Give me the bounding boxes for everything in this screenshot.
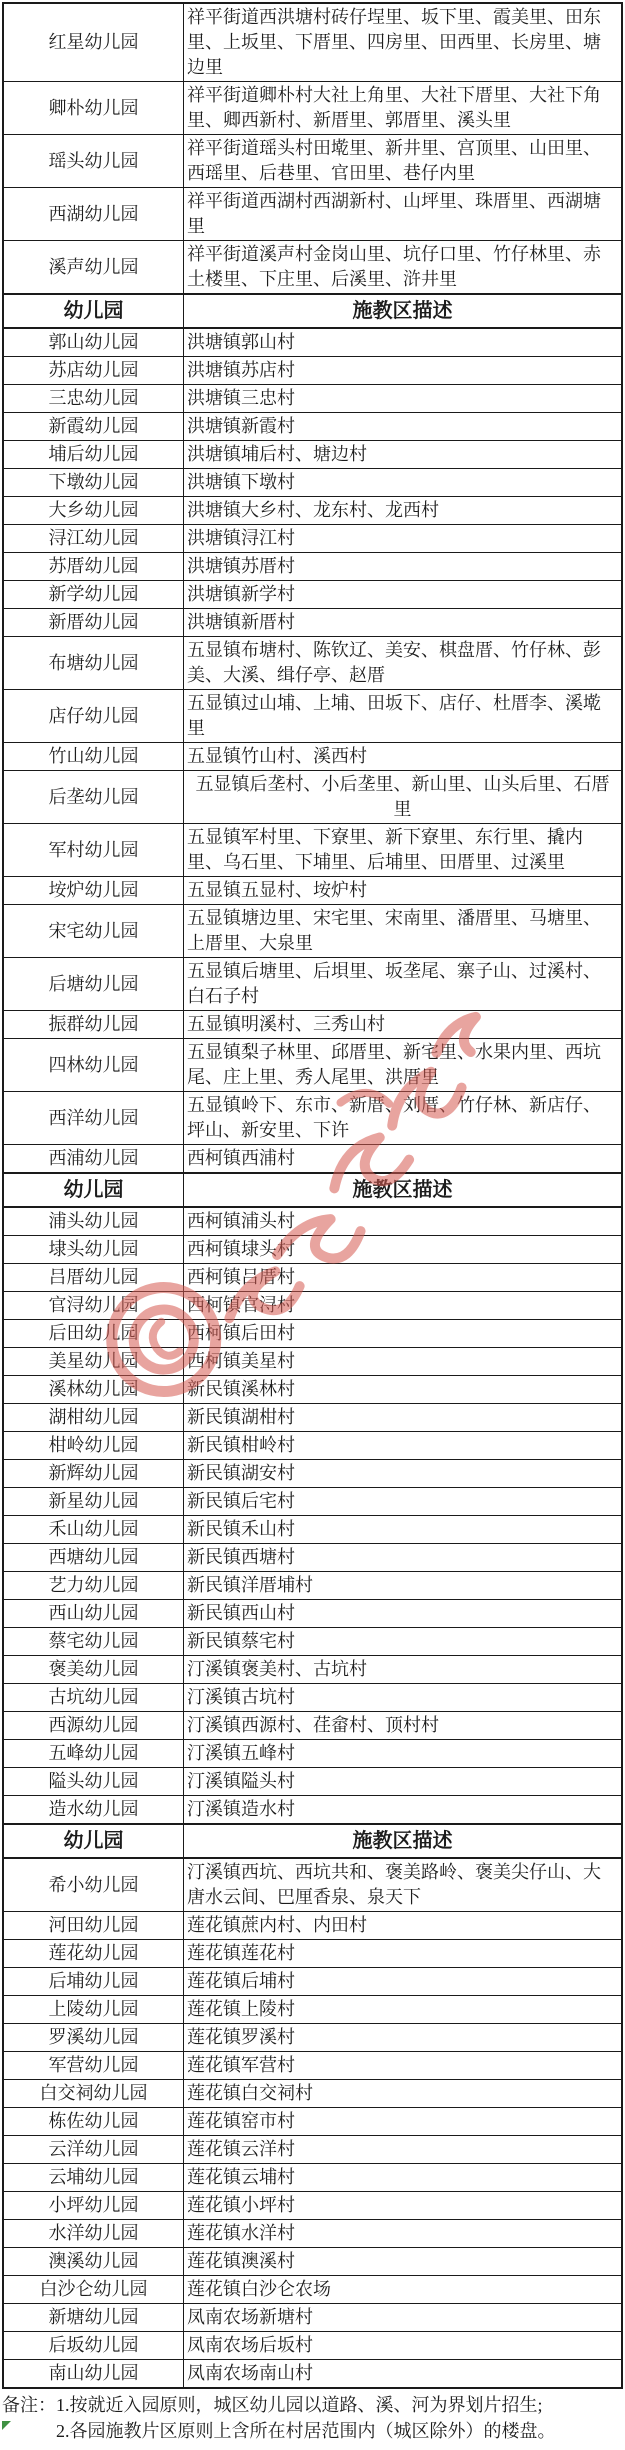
kindergarten-name: 西洋幼儿园 <box>4 1092 184 1144</box>
kindergarten-name: 溪声幼儿园 <box>4 241 184 293</box>
table-row: 红星幼儿园祥平街道西洪塘村砖仔埕里、坂下里、霞美里、田东里、上坂里、下厝里、四房… <box>4 4 621 81</box>
kindergarten-name: 郭山幼儿园 <box>4 329 184 356</box>
kindergarten-name: 振群幼儿园 <box>4 1011 184 1038</box>
district-description: 五显镇后垄村、小后垄里、新山里、山头后里、石厝里 <box>184 771 621 823</box>
header-district-col: 施教区描述 <box>184 295 621 327</box>
table-row: 造水幼儿园汀溪镇造水村 <box>4 1795 621 1823</box>
district-description: 新民镇禾山村 <box>184 1516 621 1543</box>
district-description: 凤南农场后坂村 <box>184 2332 621 2359</box>
kindergarten-name: 布塘幼儿园 <box>4 637 184 689</box>
table-row: 军营幼儿园莲花镇军营村 <box>4 2051 621 2079</box>
kindergarten-name: 苏厝幼儿园 <box>4 553 184 580</box>
kindergarten-name: 店仔幼儿园 <box>4 690 184 742</box>
table-row: 郭山幼儿园洪塘镇郭山村 <box>4 328 621 356</box>
district-description: 西柯镇埭头村 <box>184 1236 621 1263</box>
table-row: 湖柑幼儿园新民镇湖柑村 <box>4 1403 621 1431</box>
table-row: 西源幼儿园汀溪镇西源村、荏畲村、顶村村 <box>4 1711 621 1739</box>
kindergarten-name: 栋佐幼儿园 <box>4 2108 184 2135</box>
table-row: 卿朴幼儿园祥平街道卿朴村大社上角里、大社下厝里、大社下角里、卿西新村、新厝里、郭… <box>4 81 621 134</box>
kindergarten-name: 苏店幼儿园 <box>4 357 184 384</box>
district-description: 莲花镇蔗内村、内田村 <box>184 1912 621 1939</box>
header-kindergarten-col: 幼儿园 <box>4 295 184 327</box>
kindergarten-name: 后坂幼儿园 <box>4 2332 184 2359</box>
table-row: 小坪幼儿园莲花镇小坪村 <box>4 2191 621 2219</box>
table-row: 新星幼儿园新民镇后宅村 <box>4 1487 621 1515</box>
district-description: 莲花镇小坪村 <box>184 2192 621 2219</box>
table-row: 四林幼儿园五显镇梨子林里、邱厝里、新宅里、水果内里、西坑尾、庄上里、秀人尾里、洪… <box>4 1038 621 1091</box>
district-description: 洪塘镇下墩村 <box>184 469 621 496</box>
table-row: 后塘幼儿园五显镇后塘里、后垻里、坂垄尾、寨子山、过溪村、白石子村 <box>4 957 621 1010</box>
kindergarten-name: 白沙仑幼儿园 <box>4 2276 184 2303</box>
district-description: 汀溪镇五峰村 <box>184 1740 621 1767</box>
district-description: 莲花镇军营村 <box>184 2052 621 2079</box>
kindergarten-name: 上陵幼儿园 <box>4 1996 184 2023</box>
note-line-2: 2.各园施教片区原则上含所在村居范围内（城区除外）的楼盘。 <box>56 2418 621 2444</box>
district-description: 洪塘镇三忠村 <box>184 385 621 412</box>
notes-label: 备注： <box>2 2392 56 2418</box>
kindergarten-name: 竹山幼儿园 <box>4 743 184 770</box>
table-row: 新霞幼儿园洪塘镇新霞村 <box>4 412 621 440</box>
kindergarten-name: 澳溪幼儿园 <box>4 2248 184 2275</box>
kindergarten-name: 湖柑幼儿园 <box>4 1404 184 1431</box>
district-description: 汀溪镇造水村 <box>184 1796 621 1823</box>
kindergarten-name: 西塘幼儿园 <box>4 1544 184 1571</box>
table-row: 古坑幼儿园汀溪镇古坑村 <box>4 1683 621 1711</box>
kindergarten-name: 垵炉幼儿园 <box>4 877 184 904</box>
kindergarten-name: 大乡幼儿园 <box>4 497 184 524</box>
table-row: 西山幼儿园新民镇西山村 <box>4 1599 621 1627</box>
table-row: 新厝幼儿园洪塘镇新厝村 <box>4 608 621 636</box>
district-description: 洪塘镇苏店村 <box>184 357 621 384</box>
district-description: 西柯镇官浔村 <box>184 1292 621 1319</box>
kindergarten-name: 美星幼儿园 <box>4 1348 184 1375</box>
table-row: 隘头幼儿园汀溪镇隘头村 <box>4 1767 621 1795</box>
table-row: 澳溪幼儿园莲花镇澳溪村 <box>4 2247 621 2275</box>
schedule-table: 红星幼儿园祥平街道西洪塘村砖仔埕里、坂下里、霞美里、田东里、上坂里、下厝里、四房… <box>2 2 623 2389</box>
table-row: 西浦幼儿园西柯镇西浦村 <box>4 1144 621 1172</box>
kindergarten-name: 新厝幼儿园 <box>4 609 184 636</box>
table-row: 瑶头幼儿园祥平街道瑶头村田墘里、新井里、宫顶里、山田里、西瑶里、后巷里、官田里、… <box>4 134 621 187</box>
kindergarten-name: 埔后幼儿园 <box>4 441 184 468</box>
kindergarten-name: 后埔幼儿园 <box>4 1968 184 1995</box>
district-description: 汀溪镇褒美村、古坑村 <box>184 1656 621 1683</box>
kindergarten-name: 浦头幼儿园 <box>4 1208 184 1235</box>
district-description: 五显镇塘边里、宋宅里、宋南里、潘厝里、马塘里、上厝里、大泉里 <box>184 905 621 957</box>
district-description: 五显镇过山埔、上埔、田坂下、店仔、杜厝李、溪墘里 <box>184 690 621 742</box>
kindergarten-name: 南山幼儿园 <box>4 2360 184 2387</box>
district-description: 五显镇后塘里、后垻里、坂垄尾、寨子山、过溪村、白石子村 <box>184 958 621 1010</box>
table-row: 水洋幼儿园莲花镇水洋村 <box>4 2219 621 2247</box>
district-description: 新民镇西山村 <box>184 1600 621 1627</box>
district-description: 新民镇后宅村 <box>184 1488 621 1515</box>
table-row: 竹山幼儿园五显镇竹山村、溪西村 <box>4 742 621 770</box>
kindergarten-name: 军营幼儿园 <box>4 2052 184 2079</box>
district-description: 洪塘镇新学村 <box>184 581 621 608</box>
district-description: 莲花镇云洋村 <box>184 2136 621 2163</box>
header-kindergarten-col: 幼儿园 <box>4 1825 184 1857</box>
district-description: 莲花镇水洋村 <box>184 2220 621 2247</box>
table-row: 五峰幼儿园汀溪镇五峰村 <box>4 1739 621 1767</box>
table-header-row: 幼儿园施教区描述 <box>4 293 621 328</box>
district-description: 新民镇溪林村 <box>184 1376 621 1403</box>
district-description: 新民镇湖安村 <box>184 1460 621 1487</box>
table-row: 美星幼儿园西柯镇美星村 <box>4 1347 621 1375</box>
notes: 备注： 1.按就近入园原则，城区幼儿园以道路、溪、河为界划片招生; 2.各园施教… <box>2 2389 623 2450</box>
district-description: 新民镇洋厝埔村 <box>184 1572 621 1599</box>
table-row: 白沙仑幼儿园莲花镇白沙仑农场 <box>4 2275 621 2303</box>
table-row: 官浔幼儿园西柯镇官浔村 <box>4 1291 621 1319</box>
table-row: 新塘幼儿园凤南农场新塘村 <box>4 2303 621 2331</box>
district-description: 洪塘镇苏厝村 <box>184 553 621 580</box>
comment-marker-icon <box>2 2421 11 2430</box>
table-row: 垵炉幼儿园五显镇五显村、垵炉村 <box>4 876 621 904</box>
kindergarten-name: 新学幼儿园 <box>4 581 184 608</box>
district-description: 祥平街道溪声村金岗山里、坑仔口里、竹仔林里、赤土楼里、下庄里、后溪里、浒井里 <box>184 241 621 293</box>
table-row: 后坂幼儿园凤南农场后坂村 <box>4 2331 621 2359</box>
kindergarten-name: 白交祠幼儿园 <box>4 2080 184 2107</box>
kindergarten-name: 五峰幼儿园 <box>4 1740 184 1767</box>
district-description: 洪塘镇埔后村、塘边村 <box>184 441 621 468</box>
table-row: 下墩幼儿园洪塘镇下墩村 <box>4 468 621 496</box>
kindergarten-name: 河田幼儿园 <box>4 1912 184 1939</box>
kindergarten-name: 埭头幼儿园 <box>4 1236 184 1263</box>
table-row: 后埔幼儿园莲花镇后埔村 <box>4 1967 621 1995</box>
table-row: 后田幼儿园西柯镇后田村 <box>4 1319 621 1347</box>
district-description: 祥平街道卿朴村大社上角里、大社下厝里、大社下角里、卿西新村、新厝里、郭厝里、溪头… <box>184 82 621 134</box>
table-row: 溪林幼儿园新民镇溪林村 <box>4 1375 621 1403</box>
table-row: 布塘幼儿园五显镇布塘村、陈钦辽、美安、棋盘厝、竹仔林、彭美、大溪、缉仔亭、赵厝 <box>4 636 621 689</box>
district-description: 洪塘镇浔江村 <box>184 525 621 552</box>
kindergarten-name: 西源幼儿园 <box>4 1712 184 1739</box>
table-row: 埔后幼儿园洪塘镇埔后村、塘边村 <box>4 440 621 468</box>
table-row: 三忠幼儿园洪塘镇三忠村 <box>4 384 621 412</box>
table-header-row: 幼儿园施教区描述 <box>4 1823 621 1858</box>
district-description: 西柯镇西浦村 <box>184 1145 621 1172</box>
table-row: 褒美幼儿园汀溪镇褒美村、古坑村 <box>4 1655 621 1683</box>
table-row: 蔡宅幼儿园新民镇蔡宅村 <box>4 1627 621 1655</box>
district-description: 莲花镇白沙仑农场 <box>184 2276 621 2303</box>
table-row: 浦头幼儿园西柯镇浦头村 <box>4 1207 621 1235</box>
note-lines: 1.按就近入园原则，城区幼儿园以道路、溪、河为界划片招生; 2.各园施教片区原则… <box>56 2392 621 2444</box>
table-row: 大乡幼儿园洪塘镇大乡村、龙东村、龙西村 <box>4 496 621 524</box>
kindergarten-name: 西浦幼儿园 <box>4 1145 184 1172</box>
kindergarten-name: 蔡宅幼儿园 <box>4 1628 184 1655</box>
kindergarten-name: 后垄幼儿园 <box>4 771 184 823</box>
table-row: 白交祠幼儿园莲花镇白交祠村 <box>4 2079 621 2107</box>
kindergarten-name: 西湖幼儿园 <box>4 188 184 240</box>
district-description: 莲花镇罗溪村 <box>184 2024 621 2051</box>
district-description: 五显镇岭下、东市、新厝、刘厝、竹仔林、新店仔、坪山、新安里、下许 <box>184 1092 621 1144</box>
table-row: 军村幼儿园五显镇军村里、下寮里、新下寮里、东行里、撬内里、乌石里、下埔里、后埔里… <box>4 823 621 876</box>
kindergarten-name: 水洋幼儿园 <box>4 2220 184 2247</box>
table-row: 西湖幼儿园祥平街道西湖村西湖新村、山坪里、珠厝里、西湖塘里 <box>4 187 621 240</box>
district-description: 祥平街道西洪塘村砖仔埕里、坂下里、霞美里、田东里、上坂里、下厝里、四房里、田西里… <box>184 4 621 81</box>
header-district-col: 施教区描述 <box>184 1174 621 1206</box>
district-description: 祥平街道瑶头村田墘里、新井里、宫顶里、山田里、西瑶里、后巷里、官田里、巷仔内里 <box>184 135 621 187</box>
district-description: 五显镇明溪村、三秀山村 <box>184 1011 621 1038</box>
kindergarten-name: 后塘幼儿园 <box>4 958 184 1010</box>
kindergarten-name: 艺力幼儿园 <box>4 1572 184 1599</box>
table-row: 溪声幼儿园祥平街道溪声村金岗山里、坑仔口里、竹仔林里、赤土楼里、下庄里、后溪里、… <box>4 240 621 293</box>
table-row: 振群幼儿园五显镇明溪村、三秀山村 <box>4 1010 621 1038</box>
table-row: 新辉幼儿园新民镇湖安村 <box>4 1459 621 1487</box>
district-description: 汀溪镇西源村、荏畲村、顶村村 <box>184 1712 621 1739</box>
district-description: 汀溪镇西坑、西坑共和、褒美路岭、褒美尖仔山、大唐水云间、巴厘香泉、泉天下 <box>184 1859 621 1911</box>
district-description: 五显镇军村里、下寮里、新下寮里、东行里、撬内里、乌石里、下埔里、后埔里、田厝里、… <box>184 824 621 876</box>
table-row: 店仔幼儿园五显镇过山埔、上埔、田坂下、店仔、杜厝李、溪墘里 <box>4 689 621 742</box>
kindergarten-name: 新辉幼儿园 <box>4 1460 184 1487</box>
kindergarten-name: 后田幼儿园 <box>4 1320 184 1347</box>
district-description: 西柯镇吕厝村 <box>184 1264 621 1291</box>
kindergarten-name: 新霞幼儿园 <box>4 413 184 440</box>
table-row: 云洋幼儿园莲花镇云洋村 <box>4 2135 621 2163</box>
kindergarten-name: 卿朴幼儿园 <box>4 82 184 134</box>
kindergarten-name: 希小幼儿园 <box>4 1859 184 1911</box>
table-row: 新学幼儿园洪塘镇新学村 <box>4 580 621 608</box>
header-district-col: 施教区描述 <box>184 1825 621 1857</box>
district-description: 莲花镇后埔村 <box>184 1968 621 1995</box>
table-row: 吕厝幼儿园西柯镇吕厝村 <box>4 1263 621 1291</box>
district-description: 凤南农场南山村 <box>184 2360 621 2387</box>
kindergarten-name: 小坪幼儿园 <box>4 2192 184 2219</box>
kindergarten-name: 新塘幼儿园 <box>4 2304 184 2331</box>
district-description: 五显镇梨子林里、邱厝里、新宅里、水果内里、西坑尾、庄上里、秀人尾里、洪厝里 <box>184 1039 621 1091</box>
table-row: 西洋幼儿园五显镇岭下、东市、新厝、刘厝、竹仔林、新店仔、坪山、新安里、下许 <box>4 1091 621 1144</box>
kindergarten-name: 新星幼儿园 <box>4 1488 184 1515</box>
district-description: 西柯镇后田村 <box>184 1320 621 1347</box>
table-row: 云埔幼儿园莲花镇云埔村 <box>4 2163 621 2191</box>
table-row: 罗溪幼儿园莲花镇罗溪村 <box>4 2023 621 2051</box>
table-row: 莲花幼儿园莲花镇莲花村 <box>4 1939 621 1967</box>
district-description: 新民镇西塘村 <box>184 1544 621 1571</box>
table-row: 河田幼儿园莲花镇蔗内村、内田村 <box>4 1911 621 1939</box>
kindergarten-name: 云洋幼儿园 <box>4 2136 184 2163</box>
header-kindergarten-col: 幼儿园 <box>4 1174 184 1206</box>
district-description: 洪塘镇新霞村 <box>184 413 621 440</box>
district-description: 新民镇蔡宅村 <box>184 1628 621 1655</box>
kindergarten-name: 罗溪幼儿园 <box>4 2024 184 2051</box>
kindergarten-name: 溪林幼儿园 <box>4 1376 184 1403</box>
district-description: 汀溪镇隘头村 <box>184 1768 621 1795</box>
district-description: 祥平街道西湖村西湖新村、山坪里、珠厝里、西湖塘里 <box>184 188 621 240</box>
kindergarten-name: 红星幼儿园 <box>4 4 184 81</box>
kindergarten-name: 西山幼儿园 <box>4 1600 184 1627</box>
table-row: 宋宅幼儿园五显镇塘边里、宋宅里、宋南里、潘厝里、马塘里、上厝里、大泉里 <box>4 904 621 957</box>
district-description: 新民镇柑岭村 <box>184 1432 621 1459</box>
table-row: 柑岭幼儿园新民镇柑岭村 <box>4 1431 621 1459</box>
kindergarten-name: 瑶头幼儿园 <box>4 135 184 187</box>
kindergarten-name: 隘头幼儿园 <box>4 1768 184 1795</box>
kindergarten-name: 柑岭幼儿园 <box>4 1432 184 1459</box>
table-row: 南山幼儿园凤南农场南山村 <box>4 2359 621 2387</box>
district-description: 莲花镇云埔村 <box>184 2164 621 2191</box>
kindergarten-name: 禾山幼儿园 <box>4 1516 184 1543</box>
table-row: 艺力幼儿园新民镇洋厝埔村 <box>4 1571 621 1599</box>
kindergarten-name: 军村幼儿园 <box>4 824 184 876</box>
district-description: 汀溪镇古坑村 <box>184 1684 621 1711</box>
kindergarten-name: 造水幼儿园 <box>4 1796 184 1823</box>
district-description: 五显镇竹山村、溪西村 <box>184 743 621 770</box>
table-header-row: 幼儿园施教区描述 <box>4 1172 621 1207</box>
district-description: 莲花镇上陵村 <box>184 1996 621 2023</box>
district-description: 莲花镇澳溪村 <box>184 2248 621 2275</box>
kindergarten-name: 古坑幼儿园 <box>4 1684 184 1711</box>
kindergarten-name: 三忠幼儿园 <box>4 385 184 412</box>
district-description: 五显镇五显村、垵炉村 <box>184 877 621 904</box>
district-description: 凤南农场新塘村 <box>184 2304 621 2331</box>
district-description: 莲花镇莲花村 <box>184 1940 621 1967</box>
table-row: 禾山幼儿园新民镇禾山村 <box>4 1515 621 1543</box>
district-description: 洪塘镇大乡村、龙东村、龙西村 <box>184 497 621 524</box>
kindergarten-name: 莲花幼儿园 <box>4 1940 184 1967</box>
table-row: 上陵幼儿园莲花镇上陵村 <box>4 1995 621 2023</box>
kindergarten-name: 四林幼儿园 <box>4 1039 184 1091</box>
table-row: 栋佐幼儿园莲花镇窑市村 <box>4 2107 621 2135</box>
table-row: 埭头幼儿园西柯镇埭头村 <box>4 1235 621 1263</box>
kindergarten-name: 下墩幼儿园 <box>4 469 184 496</box>
kindergarten-name: 浔江幼儿园 <box>4 525 184 552</box>
table-row: 浔江幼儿园洪塘镇浔江村 <box>4 524 621 552</box>
kindergarten-name: 褒美幼儿园 <box>4 1656 184 1683</box>
kindergarten-name: 宋宅幼儿园 <box>4 905 184 957</box>
district-description: 洪塘镇郭山村 <box>184 329 621 356</box>
district-description: 莲花镇白交祠村 <box>184 2080 621 2107</box>
district-description: 五显镇布塘村、陈钦辽、美安、棋盘厝、竹仔林、彭美、大溪、缉仔亭、赵厝 <box>184 637 621 689</box>
district-description: 洪塘镇新厝村 <box>184 609 621 636</box>
kindergarten-name: 吕厝幼儿园 <box>4 1264 184 1291</box>
table-row: 苏厝幼儿园洪塘镇苏厝村 <box>4 552 621 580</box>
table-row: 苏店幼儿园洪塘镇苏店村 <box>4 356 621 384</box>
district-description: 新民镇湖柑村 <box>184 1404 621 1431</box>
kindergarten-name: 官浔幼儿园 <box>4 1292 184 1319</box>
district-description: 莲花镇窑市村 <box>184 2108 621 2135</box>
table-row: 后垄幼儿园五显镇后垄村、小后垄里、新山里、山头后里、石厝里 <box>4 770 621 823</box>
table-row: 希小幼儿园汀溪镇西坑、西坑共和、褒美路岭、褒美尖仔山、大唐水云间、巴厘香泉、泉天… <box>4 1858 621 1911</box>
table-row: 西塘幼儿园新民镇西塘村 <box>4 1543 621 1571</box>
kindergarten-name: 云埔幼儿园 <box>4 2164 184 2191</box>
document-page: 红星幼儿园祥平街道西洪塘村砖仔埕里、坂下里、霞美里、田东里、上坂里、下厝里、四房… <box>0 0 625 2450</box>
district-description: 西柯镇浦头村 <box>184 1208 621 1235</box>
district-description: 西柯镇美星村 <box>184 1348 621 1375</box>
note-line-1: 1.按就近入园原则，城区幼儿园以道路、溪、河为界划片招生; <box>56 2392 621 2418</box>
